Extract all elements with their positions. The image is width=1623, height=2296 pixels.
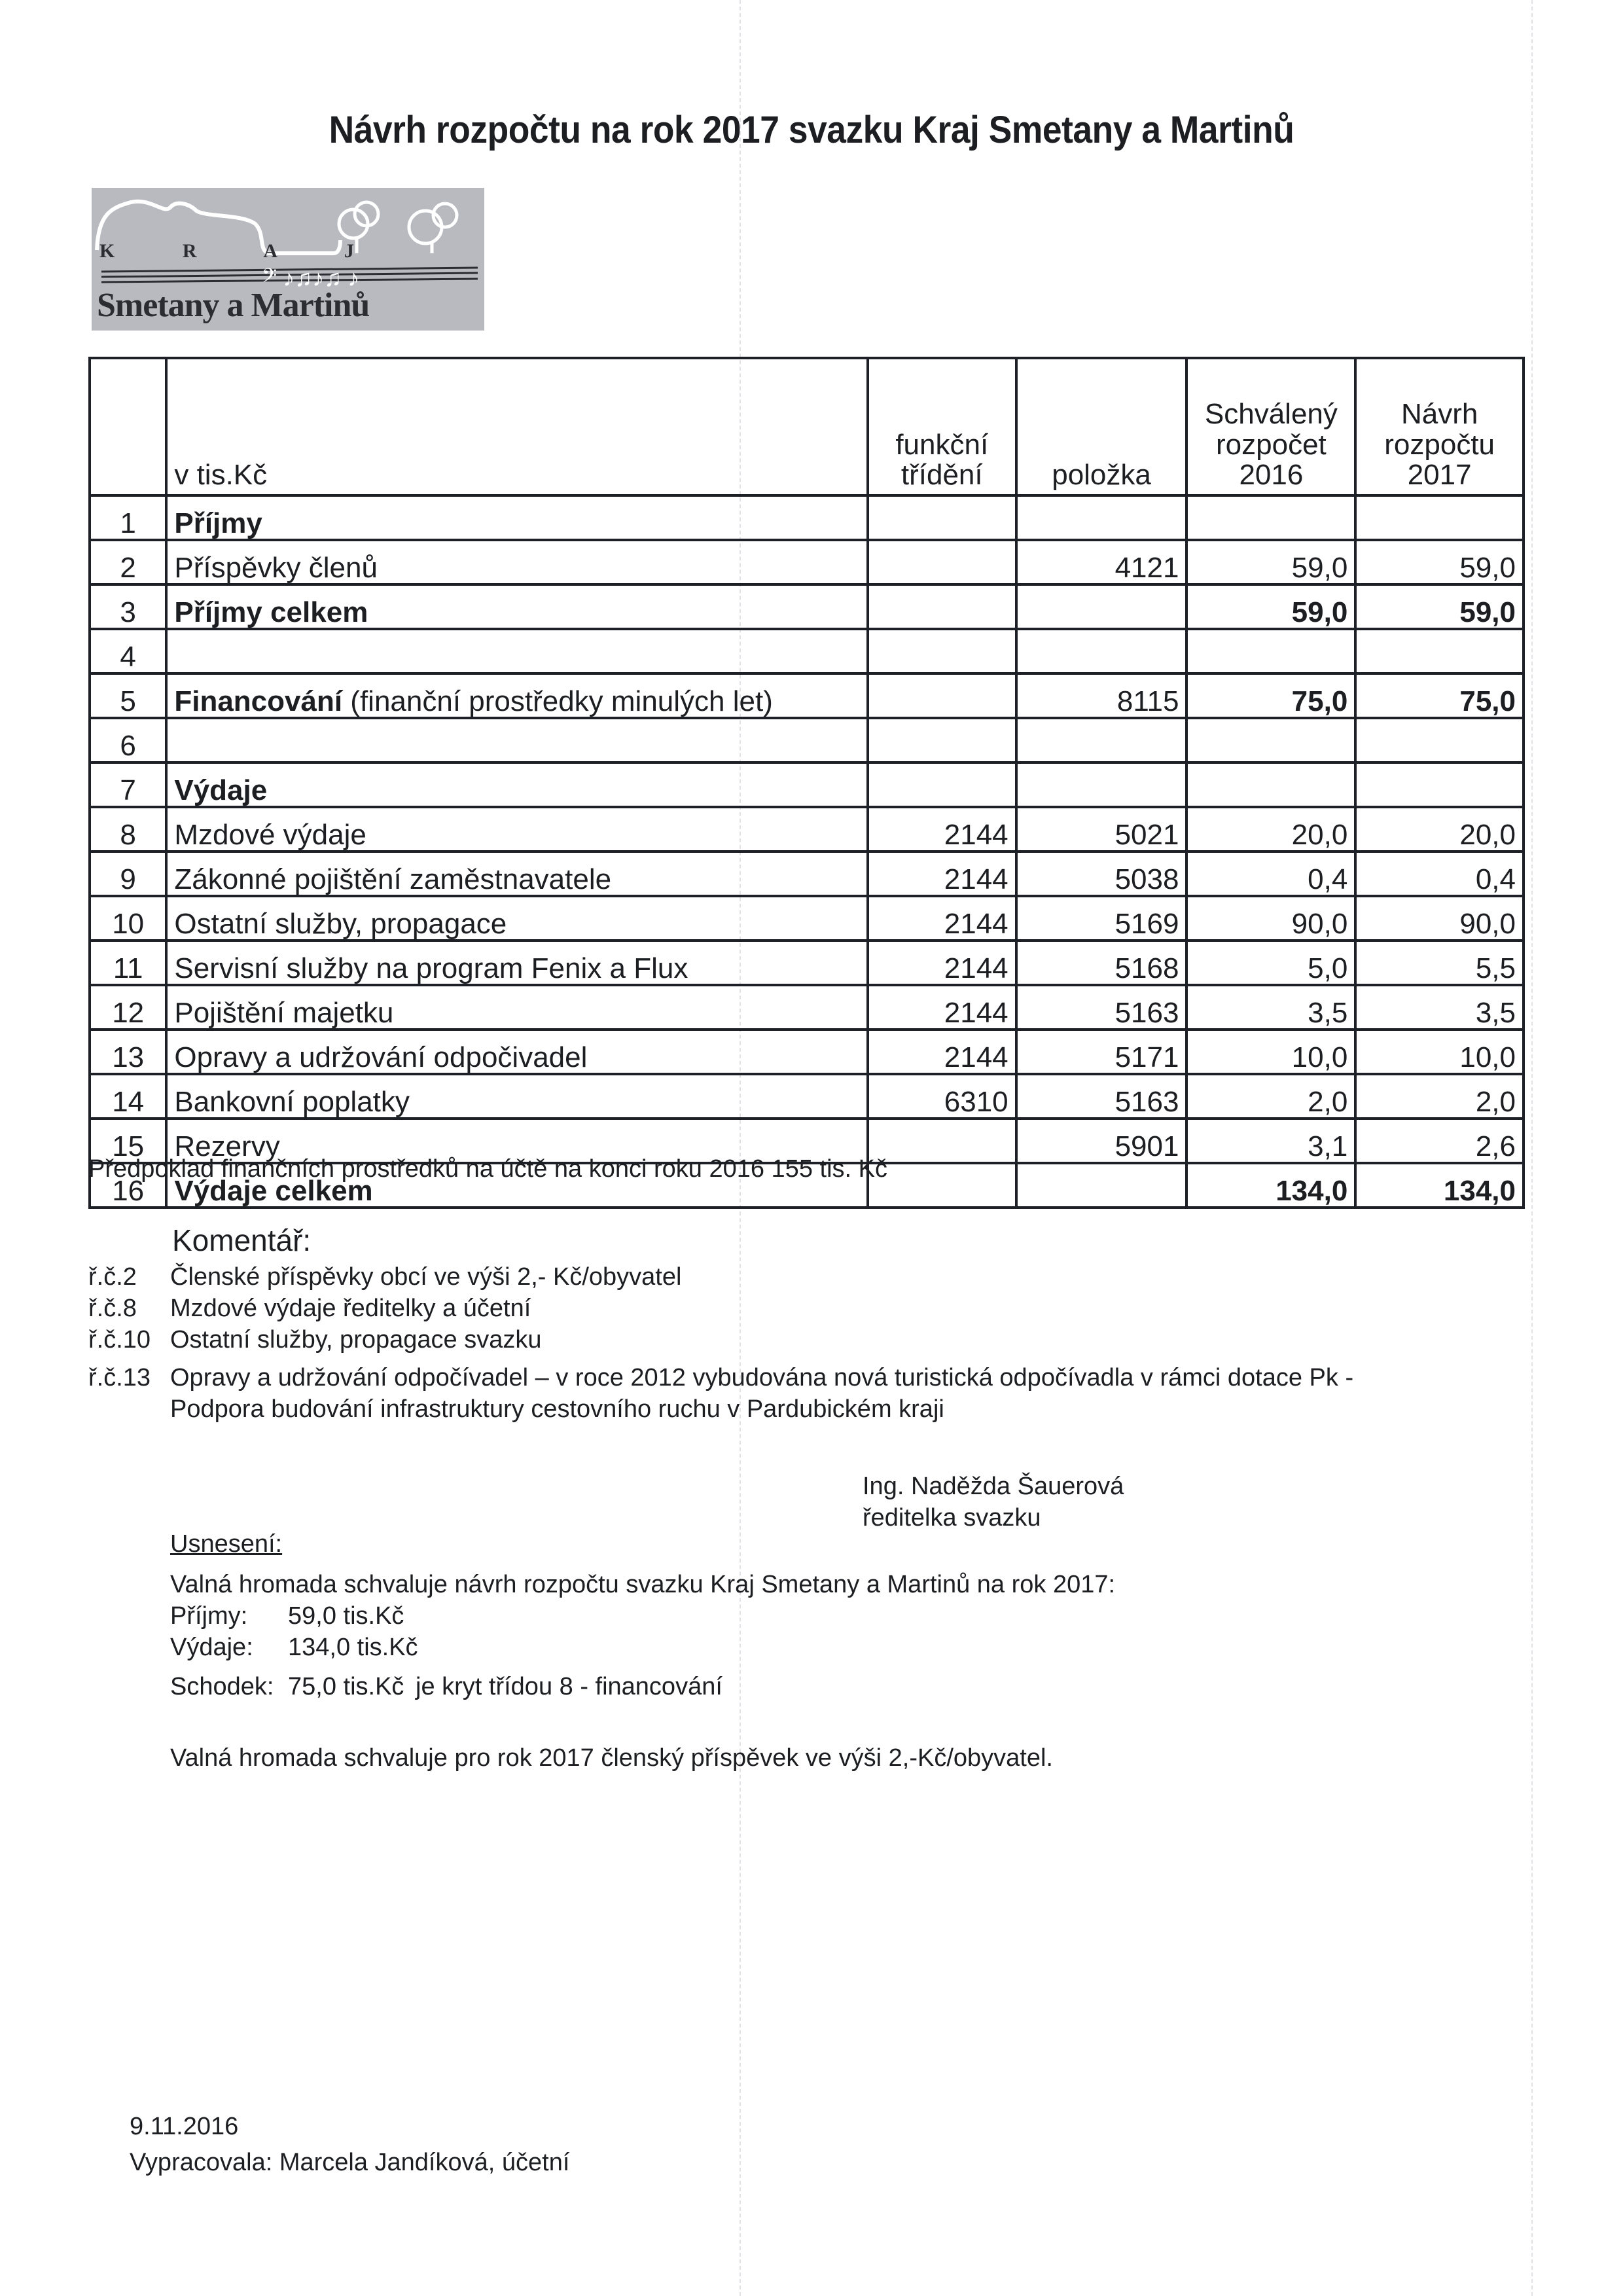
row-functional-class: 2144: [868, 852, 1016, 896]
row-value-2017: 75,0: [1355, 673, 1524, 718]
table-row: 14Bankovní poplatky631051632,02,0: [90, 1074, 1524, 1119]
row-item-code: 5169: [1016, 896, 1187, 941]
row-item-code: [1016, 629, 1187, 673]
row-number: 11: [90, 941, 166, 985]
row-value-2017: [1355, 718, 1524, 762]
row-label: Pojištění majetku: [166, 985, 868, 1030]
budget-table: v tis.Kč funkčnítřídění položka Schválen…: [88, 357, 1525, 1209]
row-functional-class: [868, 762, 1016, 807]
row-label: [166, 718, 868, 762]
row-value-2016: 3,5: [1186, 985, 1355, 1030]
row-value-2016: 59,0: [1186, 584, 1355, 629]
row-number: 2: [90, 540, 166, 584]
row-label: Financování (finanční prostředky minulýc…: [166, 673, 868, 718]
row-value-2017: [1355, 762, 1524, 807]
forecast-note: Předpoklad finančních prostředků na účtě…: [88, 1155, 887, 1183]
resolution-expenses: Výdaje:134,0 tis.Kč: [170, 1634, 418, 1662]
header-proposal-2017: Návrhrozpočtu2017: [1355, 358, 1524, 495]
row-item-code: [1016, 495, 1187, 540]
row-label: Příjmy celkem: [166, 584, 868, 629]
row-value-2017: [1355, 629, 1524, 673]
row-value-2016: [1186, 718, 1355, 762]
table-row: 2Příspěvky členů412159,059,0: [90, 540, 1524, 584]
comment-note-continued: Podpora budování infrastruktury cestovní…: [88, 1395, 944, 1424]
header-functional-class: funkčnítřídění: [868, 358, 1016, 495]
row-item-code: 5163: [1016, 1074, 1187, 1119]
row-number: 5: [90, 673, 166, 718]
row-value-2016: [1186, 629, 1355, 673]
row-label: Opravy a udržování odpočivadel: [166, 1030, 868, 1074]
row-value-2016: 75,0: [1186, 673, 1355, 718]
row-label: Zákonné pojištění zaměstnavatele: [166, 852, 868, 896]
row-label: Servisní služby na program Fenix a Flux: [166, 941, 868, 985]
logo-name-text: Smetany a Martinů: [97, 286, 369, 325]
row-item-code: [1016, 762, 1187, 807]
header-approved-2016: Schválenýrozpočet2016: [1186, 358, 1355, 495]
row-label: [166, 629, 868, 673]
table-row: 1Příjmy: [90, 495, 1524, 540]
signature-role: ředitelka svazku: [863, 1504, 1041, 1532]
row-functional-class: 2144: [868, 896, 1016, 941]
row-number: 6: [90, 718, 166, 762]
comment-note: ř.č.10Ostatní služby, propagace svazku: [88, 1326, 541, 1354]
row-item-code: 5163: [1016, 985, 1187, 1030]
document-date: 9.11.2016: [130, 2113, 238, 2141]
row-value-2016: [1186, 762, 1355, 807]
table-row: 6: [90, 718, 1524, 762]
table-row: 7Výdaje: [90, 762, 1524, 807]
comment-heading: Komentář:: [172, 1223, 311, 1258]
row-number: 14: [90, 1074, 166, 1119]
table-row: 4: [90, 629, 1524, 673]
row-item-code: [1016, 1163, 1187, 1208]
row-number: 4: [90, 629, 166, 673]
row-label: Ostatní služby, propagace: [166, 896, 868, 941]
row-number: 10: [90, 896, 166, 941]
table-row: 8Mzdové výdaje2144502120,020,0: [90, 807, 1524, 852]
row-functional-class: [868, 629, 1016, 673]
row-value-2016: 134,0: [1186, 1163, 1355, 1208]
logo: 𝄢 ♪♫♪♫ ♪ K R A J Smetany a Martinů: [92, 188, 484, 331]
row-value-2017: 2,6: [1355, 1119, 1524, 1163]
row-item-code: 8115: [1016, 673, 1187, 718]
row-value-2017: 3,5: [1355, 985, 1524, 1030]
row-item-code: 5901: [1016, 1119, 1187, 1163]
table-header-row: v tis.Kč funkčnítřídění položka Schválen…: [90, 358, 1524, 495]
table-row: 13Opravy a udržování odpočivadel21445171…: [90, 1030, 1524, 1074]
row-item-code: 5168: [1016, 941, 1187, 985]
row-functional-class: 2144: [868, 1030, 1016, 1074]
row-functional-class: [868, 673, 1016, 718]
row-label: Bankovní poplatky: [166, 1074, 868, 1119]
resolution-heading: Usnesení:: [170, 1530, 282, 1558]
row-item-code: 5171: [1016, 1030, 1187, 1074]
header-item: položka: [1016, 358, 1187, 495]
row-value-2016: 0,4: [1186, 852, 1355, 896]
row-value-2016: 2,0: [1186, 1074, 1355, 1119]
comment-note: ř.č.2Členské příspěvky obcí ve výši 2,- …: [88, 1263, 681, 1291]
row-item-code: [1016, 718, 1187, 762]
row-functional-class: 2144: [868, 807, 1016, 852]
row-label: Mzdové výdaje: [166, 807, 868, 852]
signature-name: Ing. Naděžda Šauerová: [863, 1473, 1124, 1501]
header-unit: v tis.Kč: [166, 358, 868, 495]
comment-note: ř.č.8Mzdové výdaje ředitelky a účetní: [88, 1295, 531, 1323]
row-number: 3: [90, 584, 166, 629]
row-functional-class: [868, 718, 1016, 762]
table-row: 10Ostatní služby, propagace2144516990,09…: [90, 896, 1524, 941]
row-value-2017: [1355, 495, 1524, 540]
row-item-code: 4121: [1016, 540, 1187, 584]
table-row: 3Příjmy celkem59,059,0: [90, 584, 1524, 629]
row-value-2017: 59,0: [1355, 540, 1524, 584]
prepared-by: Vypracovala: Marcela Jandíková, účetní: [130, 2149, 569, 2177]
row-number: 8: [90, 807, 166, 852]
table-row: 12Pojištění majetku214451633,53,5: [90, 985, 1524, 1030]
row-value-2016: 3,1: [1186, 1119, 1355, 1163]
row-value-2016: 5,0: [1186, 941, 1355, 985]
table-row: 5Financování (finanční prostředky minulý…: [90, 673, 1524, 718]
table-row: 9Zákonné pojištění zaměstnavatele2144503…: [90, 852, 1524, 896]
row-functional-class: 2144: [868, 941, 1016, 985]
row-value-2017: 5,5: [1355, 941, 1524, 985]
row-number: 1: [90, 495, 166, 540]
row-value-2016: 10,0: [1186, 1030, 1355, 1074]
row-functional-class: 2144: [868, 985, 1016, 1030]
row-item-code: 5021: [1016, 807, 1187, 852]
row-value-2016: [1186, 495, 1355, 540]
table-row: 11Servisní služby na program Fenix a Flu…: [90, 941, 1524, 985]
row-number: 9: [90, 852, 166, 896]
document-title: Návrh rozpočtu na rok 2017 svazku Kraj S…: [65, 108, 1558, 152]
row-value-2017: 59,0: [1355, 584, 1524, 629]
row-label: Příjmy: [166, 495, 868, 540]
comment-note: ř.č.13Opravy a udržování odpočívadel – v…: [88, 1364, 1353, 1392]
row-value-2016: 90,0: [1186, 896, 1355, 941]
row-value-2017: 134,0: [1355, 1163, 1524, 1208]
row-item-code: [1016, 584, 1187, 629]
row-functional-class: [868, 1119, 1016, 1163]
row-value-2017: 2,0: [1355, 1074, 1524, 1119]
resolution-income: Příjmy:59,0 tis.Kč: [170, 1602, 404, 1630]
row-functional-class: [868, 1163, 1016, 1208]
row-number: 13: [90, 1030, 166, 1074]
row-value-2017: 20,0: [1355, 807, 1524, 852]
row-label: Výdaje: [166, 762, 868, 807]
row-functional-class: 6310: [868, 1074, 1016, 1119]
row-label: Příspěvky členů: [166, 540, 868, 584]
header-row-number: [90, 358, 166, 495]
row-item-code: 5038: [1016, 852, 1187, 896]
resolution-intro: Valná hromada schvaluje návrh rozpočtu s…: [170, 1571, 1115, 1599]
row-value-2017: 10,0: [1355, 1030, 1524, 1074]
resolution-deficit: Schodek:75,0 tis.Kčje kryt třídou 8 - fi…: [170, 1673, 722, 1701]
row-functional-class: [868, 584, 1016, 629]
row-value-2017: 90,0: [1355, 896, 1524, 941]
row-number: 12: [90, 985, 166, 1030]
logo-kraj-text: K R A J: [99, 240, 372, 262]
row-value-2016: 20,0: [1186, 807, 1355, 852]
scan-artifact-line: [1531, 0, 1533, 2296]
row-number: 7: [90, 762, 166, 807]
resolution-member-fee: Valná hromada schvaluje pro rok 2017 čle…: [170, 1744, 1053, 1772]
row-functional-class: [868, 540, 1016, 584]
row-value-2016: 59,0: [1186, 540, 1355, 584]
row-value-2017: 0,4: [1355, 852, 1524, 896]
row-functional-class: [868, 495, 1016, 540]
